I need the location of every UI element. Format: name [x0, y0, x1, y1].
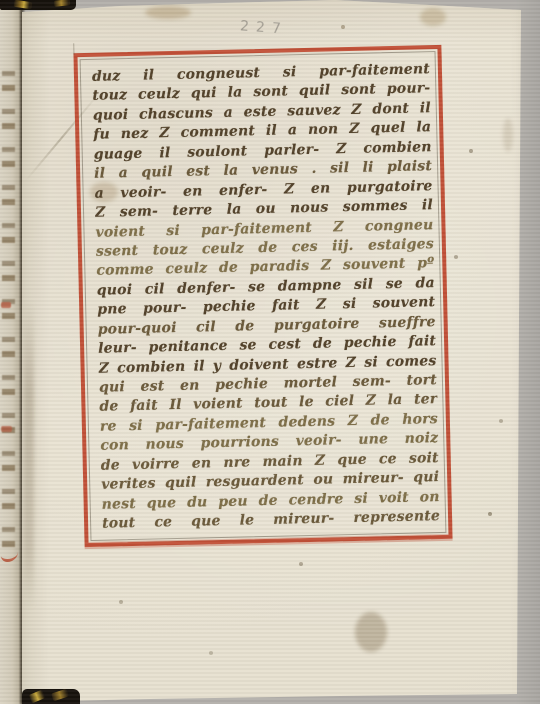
binding-clasp-bottom: [22, 689, 80, 704]
facing-page-red-mark: [1, 426, 12, 432]
gold-glint-icon: [54, 0, 71, 7]
gold-glint-icon: [29, 690, 45, 704]
page-stain: [420, 8, 446, 26]
text-frame-red-border: duz il congneust si par-faitement touz c…: [73, 45, 452, 547]
gold-glint-icon: [51, 689, 69, 702]
page-stain: [355, 612, 387, 652]
page-stain: [503, 118, 513, 152]
gold-glint-icon: [14, 0, 33, 9]
folio-number-pencil: 227: [240, 18, 289, 37]
facing-page-red-frame-corner: [1, 546, 18, 562]
dirt-streak: [24, 300, 34, 610]
manuscript-page: 227 duz il congneust si par-faitement to…: [0, 0, 540, 704]
manuscript-text-block: duz il congneust si par-faitement touz c…: [92, 60, 441, 537]
facing-page-red-mark: [1, 302, 11, 308]
binding-clasp-top: [0, 0, 76, 10]
page-stain: [145, 6, 191, 19]
manuscript-photo: 227 duz il congneust si par-faitement to…: [0, 0, 540, 704]
